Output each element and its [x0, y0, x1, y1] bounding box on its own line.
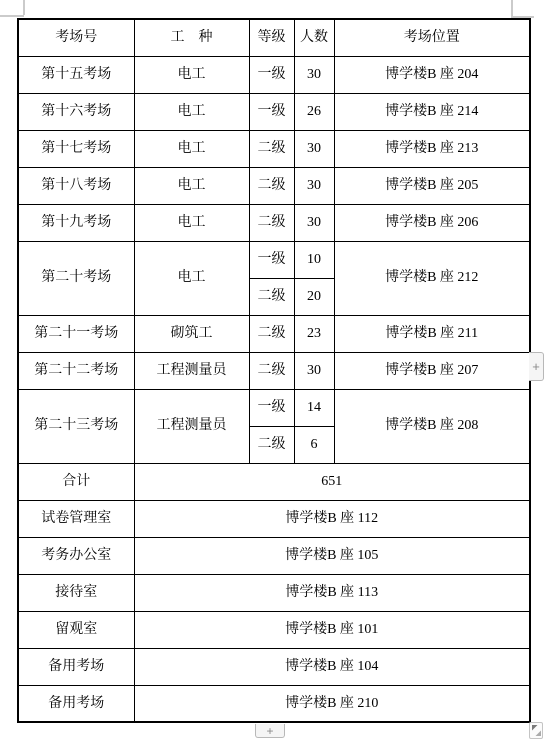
cell-room[interactable]: 第十六考场 [18, 93, 134, 130]
facility-row: 考务办公室 博学楼B 座 105 [18, 537, 530, 574]
cell-level[interactable]: 一级 [249, 241, 294, 278]
facility-row: 留观室 博学楼B 座 101 [18, 611, 530, 648]
cell-room[interactable]: 第二十一考场 [18, 315, 134, 352]
table-row: 第二十考场 电工 一级 10 博学楼B 座 212 [18, 241, 530, 278]
facility-row: 备用考场 博学楼B 座 104 [18, 648, 530, 685]
cell-level[interactable]: 二级 [249, 167, 294, 204]
facility-label[interactable]: 备用考场 [18, 648, 134, 685]
cell-room[interactable]: 第十五考场 [18, 56, 134, 93]
facility-location[interactable]: 博学楼B 座 104 [134, 648, 530, 685]
cell-location[interactable]: 博学楼B 座 211 [334, 315, 530, 352]
table-row: 第二十一考场 砌筑工 二级 23 博学楼B 座 211 [18, 315, 530, 352]
cell-trade[interactable]: 电工 [134, 241, 249, 315]
facility-row: 试卷管理室 博学楼B 座 112 [18, 500, 530, 537]
facility-label[interactable]: 备用考场 [18, 685, 134, 722]
facility-row: 接待室 博学楼B 座 113 [18, 574, 530, 611]
cell-room[interactable]: 第二十考场 [18, 241, 134, 315]
table-row: 第二十二考场 工程测量员 二级 30 博学楼B 座 207 [18, 352, 530, 389]
cell-count[interactable]: 10 [294, 241, 334, 278]
cell-count[interactable]: 30 [294, 130, 334, 167]
table-row: 第十五考场 电工 一级 30 博学楼B 座 204 [18, 56, 530, 93]
cell-count[interactable]: 6 [294, 426, 334, 463]
cell-trade[interactable]: 砌筑工 [134, 315, 249, 352]
cell-count[interactable]: 14 [294, 389, 334, 426]
cell-trade[interactable]: 电工 [134, 204, 249, 241]
table-row: 第十九考场 电工 二级 30 博学楼B 座 206 [18, 204, 530, 241]
total-value[interactable]: 651 [134, 463, 530, 500]
cell-room[interactable]: 第二十三考场 [18, 389, 134, 463]
facility-location[interactable]: 博学楼B 座 113 [134, 574, 530, 611]
facility-label[interactable]: 试卷管理室 [18, 500, 134, 537]
table-row: 第十八考场 电工 二级 30 博学楼B 座 205 [18, 167, 530, 204]
total-label[interactable]: 合计 [18, 463, 134, 500]
cell-location[interactable]: 博学楼B 座 212 [334, 241, 530, 315]
cell-location[interactable]: 博学楼B 座 205 [334, 167, 530, 204]
margin-mark-top-left-vertical [23, 0, 25, 15]
facility-location[interactable]: 博学楼B 座 105 [134, 537, 530, 574]
cell-level[interactable]: 二级 [249, 426, 294, 463]
cell-location[interactable]: 博学楼B 座 207 [334, 352, 530, 389]
cell-level[interactable]: 二级 [249, 204, 294, 241]
cell-level[interactable]: 二级 [249, 130, 294, 167]
col-header-level[interactable]: 等级 [249, 19, 294, 56]
cell-trade[interactable]: 电工 [134, 130, 249, 167]
cell-count[interactable]: 20 [294, 278, 334, 315]
cell-trade[interactable]: 电工 [134, 56, 249, 93]
cell-count[interactable]: 30 [294, 56, 334, 93]
margin-mark-top-right-vertical [511, 0, 513, 16]
cell-room[interactable]: 第二十二考场 [18, 352, 134, 389]
facility-location[interactable]: 博学楼B 座 112 [134, 500, 530, 537]
plus-icon: + [266, 726, 273, 736]
cell-room[interactable]: 第十七考场 [18, 130, 134, 167]
exam-room-table: 考场号 工 种 等级 人数 考场位置 第十五考场 电工 一级 30 博学楼B 座… [17, 18, 531, 723]
col-header-room[interactable]: 考场号 [18, 19, 134, 56]
add-row-button[interactable]: + [255, 724, 285, 738]
col-header-count[interactable]: 人数 [294, 19, 334, 56]
cell-count[interactable]: 30 [294, 167, 334, 204]
cell-level[interactable]: 二级 [249, 352, 294, 389]
facility-location[interactable]: 博学楼B 座 101 [134, 611, 530, 648]
cell-trade[interactable]: 工程测量员 [134, 389, 249, 463]
facility-label[interactable]: 接待室 [18, 574, 134, 611]
cell-location[interactable]: 博学楼B 座 208 [334, 389, 530, 463]
cell-location[interactable]: 博学楼B 座 214 [334, 93, 530, 130]
cell-level[interactable]: 一级 [249, 56, 294, 93]
header-row: 考场号 工 种 等级 人数 考场位置 [18, 19, 530, 56]
document-page: { "page": { "background": "#ffffff", "ta… [0, 0, 550, 744]
cell-location[interactable]: 博学楼B 座 206 [334, 204, 530, 241]
plus-icon: + [532, 359, 540, 374]
diagonal-resize-arrows-icon [531, 724, 542, 737]
cell-level[interactable]: 一级 [249, 389, 294, 426]
cell-level[interactable]: 一级 [249, 93, 294, 130]
col-header-location[interactable]: 考场位置 [334, 19, 530, 56]
table-row: 第十七考场 电工 二级 30 博学楼B 座 213 [18, 130, 530, 167]
add-column-button[interactable]: + [529, 352, 544, 381]
cell-count[interactable]: 23 [294, 315, 334, 352]
cell-trade[interactable]: 电工 [134, 167, 249, 204]
cell-level[interactable]: 二级 [249, 278, 294, 315]
cell-trade[interactable]: 电工 [134, 93, 249, 130]
table-row: 第十六考场 电工 一级 26 博学楼B 座 214 [18, 93, 530, 130]
table-row: 第二十三考场 工程测量员 一级 14 博学楼B 座 208 [18, 389, 530, 426]
table-resize-handle[interactable] [529, 722, 543, 739]
cell-level[interactable]: 二级 [249, 315, 294, 352]
cell-location[interactable]: 博学楼B 座 204 [334, 56, 530, 93]
cell-room[interactable]: 第十八考场 [18, 167, 134, 204]
cell-trade[interactable]: 工程测量员 [134, 352, 249, 389]
margin-mark-top-left-horizontal [0, 15, 24, 17]
cell-count[interactable]: 30 [294, 352, 334, 389]
facility-label[interactable]: 留观室 [18, 611, 134, 648]
cell-count[interactable]: 26 [294, 93, 334, 130]
cell-room[interactable]: 第十九考场 [18, 204, 134, 241]
cell-location[interactable]: 博学楼B 座 213 [334, 130, 530, 167]
total-row: 合计 651 [18, 463, 530, 500]
cell-count[interactable]: 30 [294, 204, 334, 241]
facility-location[interactable]: 博学楼B 座 210 [134, 685, 530, 722]
col-header-trade[interactable]: 工 种 [134, 19, 249, 56]
facility-row: 备用考场 博学楼B 座 210 [18, 685, 530, 722]
facility-label[interactable]: 考务办公室 [18, 537, 134, 574]
